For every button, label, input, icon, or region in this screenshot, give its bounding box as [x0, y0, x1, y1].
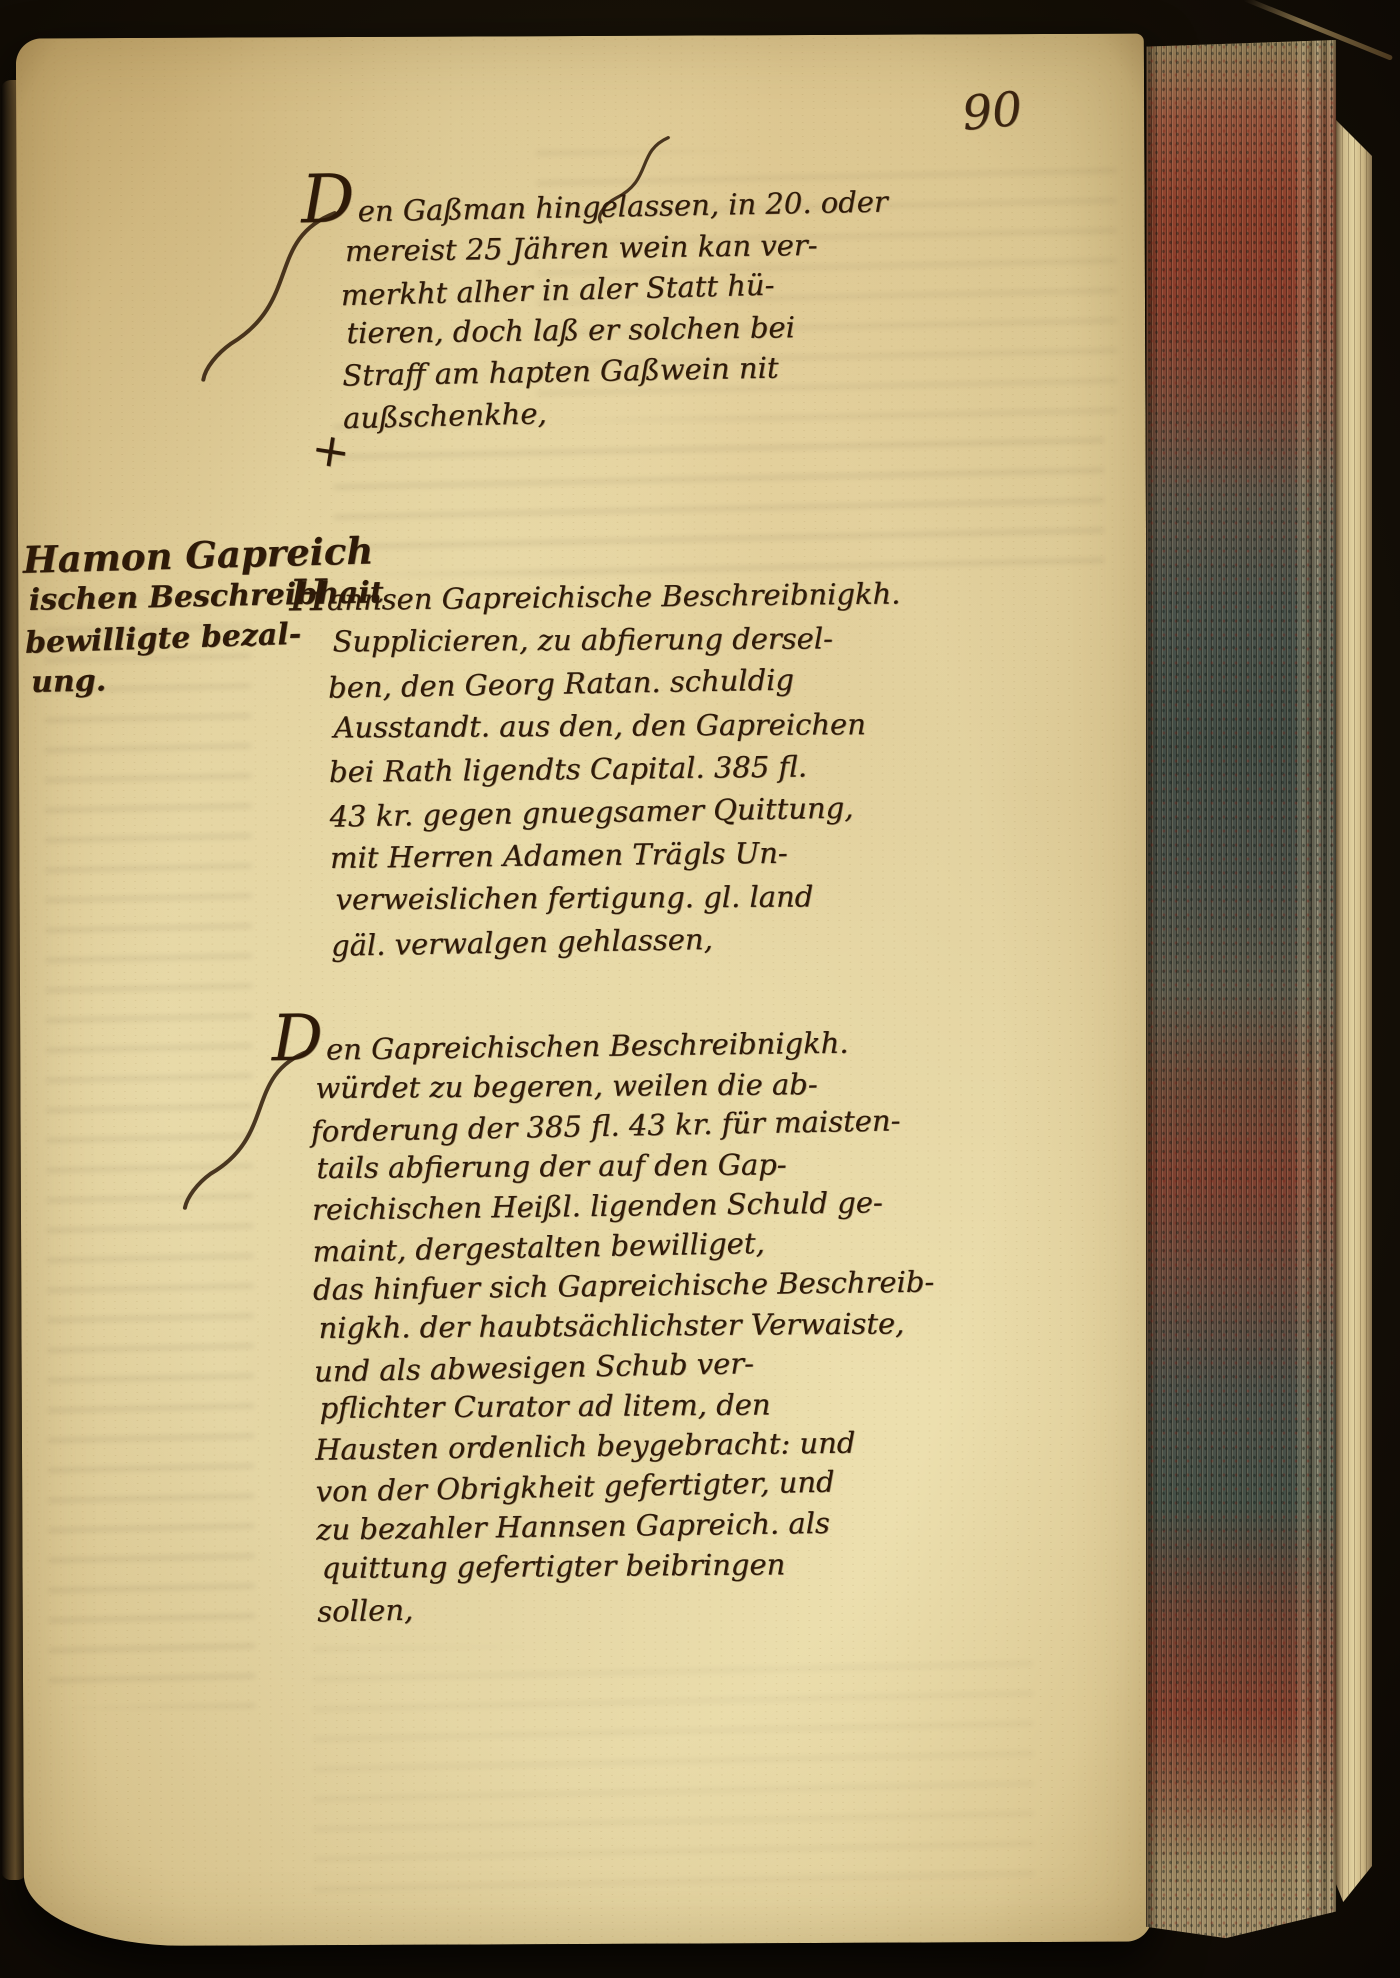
handwritten-line: tieren, doch laß er solchen bei — [346, 306, 895, 354]
handwritten-line: Den Gaßman hingelassen, in 20. oder — [301, 171, 888, 234]
handwritten-line: mit Herren Adamen Trägls Un- — [330, 830, 904, 880]
show-through-smudge — [334, 422, 1105, 575]
book-fore-edge — [1146, 40, 1336, 1940]
handwritten-line: verweislichen fertigung. gl. land — [335, 875, 909, 922]
paragraph-3: Den Gapreichischen Beschreibnigkh.würdet… — [271, 1014, 938, 1631]
margin-note: Hamon Gapreichischen Beschreibhaitbewill… — [22, 532, 332, 704]
handwritten-line: Hannsen Gapreichische Beschreibnigkh. — [289, 572, 901, 622]
paragraph-1: Den Gaßman hingelassen, in 20. odermerei… — [301, 171, 892, 439]
page-number: 90 — [960, 82, 1025, 142]
handwritten-line: sollen, — [317, 1580, 939, 1632]
show-through-smudge — [313, 1644, 1034, 1897]
outer-page-edge — [1336, 120, 1372, 1920]
paragraph-2: Hannsen Gapreichische Beschreibnigkh.Sup… — [289, 572, 905, 966]
photo-background: 90 Den Gaßman hingelassen, in 20. oderme… — [0, 0, 1400, 1978]
handwritten-line: Ausstandt. aus den, den Gapreichen — [333, 703, 907, 750]
show-through-smudge — [44, 597, 255, 1708]
handwritten-line: Supplicieren, zu abfierung dersel- — [332, 617, 906, 664]
handwritten-line: tails abfierung der auf den Gap- — [316, 1143, 937, 1188]
handwritten-line: ben, den Georg Ratan. schuldig — [328, 657, 902, 710]
manuscript-page: 90 Den Gaßman hingelassen, in 20. oderme… — [16, 34, 1152, 1947]
separator-cross-mark: + — [308, 420, 354, 479]
handwritten-line: gäl. verwalgen gehlassen, — [331, 915, 905, 968]
handwritten-line: Den Gapreichischen Beschreibnigkh. — [271, 1014, 931, 1071]
handwritten-line: pflichter Curator ad litem, den — [319, 1383, 940, 1428]
